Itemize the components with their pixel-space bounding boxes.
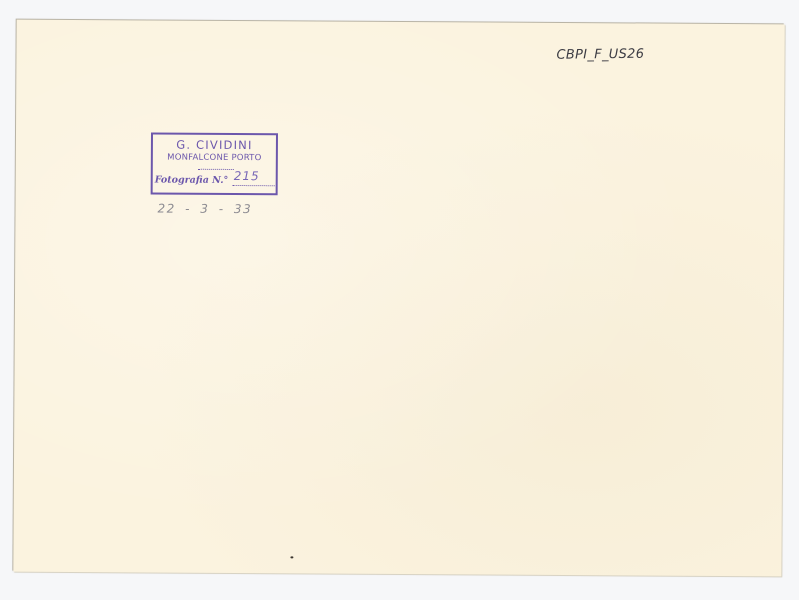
stamp-photo-number: 215 (234, 169, 260, 183)
stamp-photographer: G. CIVIDINI (153, 137, 276, 152)
stamp-number-field: 215 (233, 173, 275, 186)
catalog-id: CBPI_F_US26 (556, 47, 644, 63)
paper-speck (290, 556, 293, 558)
photographer-stamp: G. CIVIDINI MONFALCONE PORTO Fotografia … (151, 132, 278, 195)
stamp-location: MONFALCONE PORTO (153, 152, 276, 163)
stamp-photo-label: Fotografia N.° (155, 175, 229, 186)
stamp-divider (198, 166, 234, 170)
handwritten-date: 22 - 3 - 33 (157, 202, 252, 217)
scan-area: CBPI_F_US26 G. CIVIDINI MONFALCONE PORTO… (0, 0, 799, 600)
photo-back-paper: CBPI_F_US26 G. CIVIDINI MONFALCONE PORTO… (13, 20, 784, 577)
